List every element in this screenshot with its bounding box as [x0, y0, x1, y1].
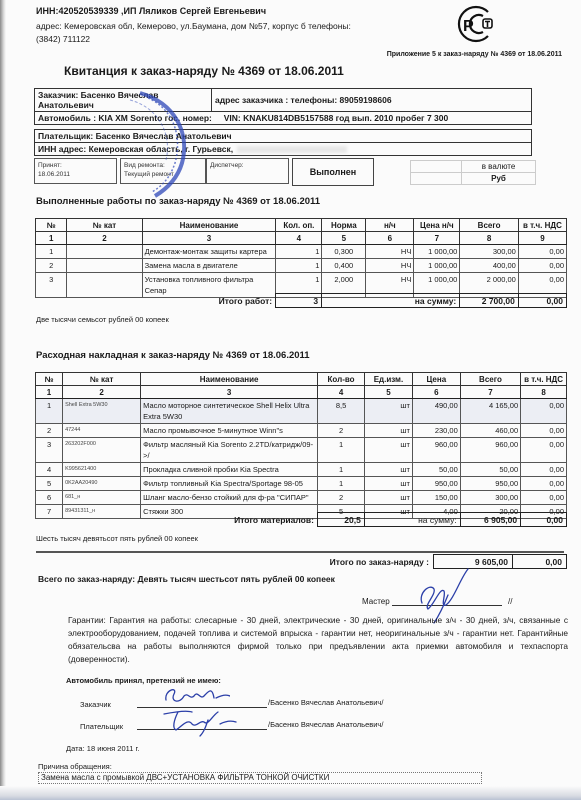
materials-col-header: № кат: [63, 373, 141, 386]
materials-cell-vat: 0,00: [521, 463, 567, 477]
materials-cell-total: 50,00: [460, 463, 520, 477]
company-phone: (3842) 711122: [36, 33, 396, 46]
materials-cell-unit: шт: [364, 438, 412, 463]
works-cell-norm: 0,400: [322, 259, 366, 273]
materials-table-row: 6681_нШланг масло-бензо стойкий для ф-ра…: [36, 491, 567, 505]
materials-col-header: №: [36, 373, 63, 386]
materials-cell-qty: 2: [318, 491, 365, 505]
materials-total-sum: 6 905,00: [460, 513, 520, 527]
works-col-header: Наименование: [142, 219, 276, 232]
works-cell-total: 400,00: [460, 259, 519, 273]
materials-cell-total: 300,00: [460, 491, 520, 505]
company-inn-name: ИНН:420520539339 ,ИП Ляликов Сергей Евге…: [36, 6, 266, 16]
works-total-label: Итого работ:: [35, 294, 276, 308]
works-sum-label: на сумму:: [322, 294, 460, 308]
customer-address: адрес заказчика : телефоны: 89059198606: [212, 89, 532, 112]
materials-heading: Расходная накладная к заказ-наряду № 436…: [36, 350, 310, 361]
works-col-header: Всего: [460, 219, 519, 232]
materials-cell-cat: 47244: [63, 424, 141, 438]
dispatcher-label: Диспетчер:: [210, 161, 285, 170]
works-cell-cat: [67, 245, 142, 259]
materials-col-header: Цена: [412, 373, 460, 386]
materials-cell-price: 150,00: [412, 491, 460, 505]
materials-cell-cat: 263202F000: [63, 438, 141, 463]
works-col-header: в т.ч. НДС: [518, 219, 566, 232]
materials-cell-qty: 1: [318, 477, 365, 491]
materials-cell-vat: 0,00: [521, 477, 567, 491]
works-col-number: 2: [67, 232, 142, 245]
scan-bottom-edge: [0, 786, 581, 800]
materials-table-row: 4K995621400Прокладка сливной пробки Kia …: [36, 463, 567, 477]
works-cell-vat: 0,00: [518, 259, 566, 273]
warranty-text: Гарантии: Гарантия на работы: слесарные …: [68, 614, 568, 666]
works-heading: Выполненные работы по заказ-наряду № 436…: [36, 196, 320, 207]
works-table-row: 2Замена масла в двигателе10,400НЧ1 000,0…: [36, 259, 567, 273]
works-cell-cat: [67, 259, 142, 273]
materials-cell-price: 960,00: [412, 438, 460, 463]
page-title: Квитанция к заказ-наряду № 4369 от 18.06…: [64, 64, 344, 78]
currency-label: в валюте: [462, 161, 536, 173]
works-total-row: Итого работ: 3 на сумму: 2 700,00 0,00: [35, 293, 567, 308]
materials-cell-vat: 0,00: [521, 438, 567, 463]
company-address-line: адрес: Кемеровская обл, Кемерово, ул.Бау…: [36, 20, 396, 33]
materials-cell-unit: шт: [364, 399, 412, 424]
materials-cell-no: 1: [36, 399, 63, 424]
materials-cell-vat: 0,00: [521, 424, 567, 438]
rst-certification-icon: Р: [455, 4, 495, 44]
payer-signature-icon: [160, 706, 240, 740]
works-cell-vat: 0,00: [518, 245, 566, 259]
redacted-address: [237, 146, 347, 153]
materials-cell-qty: 1: [318, 438, 365, 463]
materials-col-number: 2: [63, 386, 141, 399]
works-table: №№ катНаименованиеКол. оп.Норман/чЦена н…: [35, 218, 567, 298]
materials-cell-qty: 8,5: [318, 399, 365, 424]
works-cell-name: Замена масла в двигателе: [142, 259, 276, 273]
works-col-number: 5: [322, 232, 366, 245]
works-total-qty: 3: [276, 294, 322, 308]
materials-total-qty: 20,5: [317, 513, 364, 527]
works-sum-in-words: Две тысячи семьсот рублей 00 копеек: [36, 315, 169, 324]
materials-cell-no: 3: [36, 438, 63, 463]
materials-cell-price: 490,00: [412, 399, 460, 424]
works-col-number: 9: [518, 232, 566, 245]
works-cell-price: 1 000,00: [414, 245, 460, 259]
payer-box: Плательщик: Басенко Вячеслав Анатольевич…: [34, 129, 532, 156]
accepted-box: Принят: 18.06.2011: [34, 158, 117, 184]
status-badge: Выполнен: [292, 158, 374, 186]
blue-stamp-icon: [120, 88, 210, 198]
works-col-header: №: [36, 219, 67, 232]
materials-col-header: в т.ч. НДС: [521, 373, 567, 386]
works-col-number: 4: [276, 232, 322, 245]
materials-cell-total: 960,00: [460, 438, 520, 463]
works-col-header: Норма: [322, 219, 366, 232]
materials-cell-name: Фильтр топливный Kia Spectra/Sportage 98…: [141, 477, 318, 491]
materials-cell-no: 2: [36, 424, 63, 438]
materials-cell-total: 4 165,00: [460, 399, 520, 424]
works-col-header: Кол. оп.: [276, 219, 322, 232]
materials-cell-name: Шланг масло-бензо стойкий для ф-ра "СИПА…: [141, 491, 318, 505]
works-cell-no: 2: [36, 259, 67, 273]
works-col-number: 1: [36, 232, 67, 245]
master-label: Мастер: [362, 597, 390, 606]
works-col-number: 6: [366, 232, 414, 245]
materials-total-label: Итого материалов:: [35, 513, 317, 527]
works-cell-qty: 1: [276, 259, 322, 273]
materials-col-header: Всего: [460, 373, 520, 386]
grand-total-vat: 0,00: [513, 555, 567, 569]
accepted-label: Принят:: [38, 161, 113, 170]
materials-cell-name: Прокладка сливной пробки Kia Spectra: [141, 463, 318, 477]
materials-cell-name: Масло промывочное 5-минутное Winn"s: [141, 424, 318, 438]
materials-col-number: 8: [521, 386, 567, 399]
materials-table-row: 1Shell Extra 5W30Масло моторное синтетич…: [36, 399, 567, 424]
works-cell-unit: НЧ: [366, 259, 414, 273]
materials-cell-vat: 0,00: [521, 399, 567, 424]
reason-field: Замена масла с промывкой ДВС+УСТАНОВКА Ф…: [38, 772, 482, 784]
materials-cell-cat: Shell Extra 5W30: [63, 399, 141, 424]
works-total-sum: 2 700,00: [460, 294, 519, 308]
accepted-date: 18.06.2011: [38, 170, 113, 179]
materials-col-header: Кол-во: [318, 373, 365, 386]
materials-cell-unit: шт: [364, 463, 412, 477]
materials-cell-vat: 0,00: [521, 491, 567, 505]
scan-edge-shadow: [0, 0, 6, 800]
payer-sign-name: /Басенко Вячеслав Анатольевич/: [268, 720, 383, 729]
materials-cell-no: 5: [36, 477, 63, 491]
works-col-header: Цена н/ч: [414, 219, 460, 232]
works-cell-total: 300,00: [460, 245, 519, 259]
car-vin: VIN: KNAKU814DB5157588 год вып. 2010 про…: [224, 113, 449, 123]
customer-car: Автомобиль : KIA XM Sorento гос. номер: …: [35, 112, 532, 125]
payer-name: Плательщик: Басенко Вячеслав Анатольевич: [35, 130, 532, 143]
materials-col-number: 5: [364, 386, 412, 399]
materials-cell-unit: шт: [364, 491, 412, 505]
materials-col-number: 3: [141, 386, 318, 399]
acceptance-date: Дата: 18 июня 2011 г.: [66, 744, 139, 753]
materials-col-header: Ед.изм.: [364, 373, 412, 386]
customer-sign-name: /Басенко Вячеслав Анатольевич/: [268, 698, 383, 707]
works-cell-name: Демонтаж-монтаж защиты картера: [142, 245, 276, 259]
materials-cell-name: Фильтр масляный Kia Sorento 2.2TD/катрид…: [141, 438, 318, 463]
master-suffix: //: [508, 597, 512, 606]
grand-total-in-words: Всего по заказ-наряду: Девять тысяч шест…: [38, 574, 335, 584]
payer-sign-label: Плательщик: [80, 722, 123, 731]
materials-cell-unit: шт: [364, 424, 412, 438]
works-col-number: 3: [142, 232, 276, 245]
materials-sum-in-words: Шесть тысяч девятьсот пять рублей 00 коп…: [36, 534, 198, 543]
materials-cell-qty: 1: [318, 463, 365, 477]
appendix-note: Приложение 5 к заказ-наряду № 4369 от 18…: [300, 51, 562, 58]
materials-cell-price: 230,00: [412, 424, 460, 438]
materials-cell-unit: шт: [364, 477, 412, 491]
works-cell-unit: НЧ: [366, 245, 414, 259]
materials-cell-cat: K995621400: [63, 463, 141, 477]
materials-cell-no: 6: [36, 491, 63, 505]
materials-cell-no: 4: [36, 463, 63, 477]
works-cell-no: 1: [36, 245, 67, 259]
materials-table: №№ катНаименованиеКол-воЕд.изм.ЦенаВсего…: [35, 372, 567, 519]
materials-table-row: 50K2AA20490Фильтр топливный Kia Spectra/…: [36, 477, 567, 491]
payer-inn-address: ИНН адрес: Кемеровская область, г. Гурье…: [35, 143, 532, 156]
reason-label: Причина обращения:: [38, 762, 112, 771]
materials-total-vat: 0,00: [521, 513, 567, 527]
materials-table-row: 3263202F000Фильтр масляный Kia Sorento 2…: [36, 438, 567, 463]
customer-sign-label: Заказчик: [80, 700, 111, 709]
works-cell-qty: 1: [276, 245, 322, 259]
divider: [36, 551, 564, 553]
svg-text:Р: Р: [463, 18, 474, 35]
works-cell-norm: 0,300: [322, 245, 366, 259]
materials-col-number: 6: [412, 386, 460, 399]
dispatcher-box: Диспетчер:: [206, 158, 289, 184]
works-col-number: 8: [460, 232, 519, 245]
materials-total-row: Итого материалов: 20,5 на сумму: 6 905,0…: [35, 512, 567, 527]
company-address: адрес: Кемеровская обл, Кемерово, ул.Бау…: [36, 20, 396, 46]
currency-box: в валюте Руб: [410, 160, 536, 185]
works-total-vat: 0,00: [518, 294, 566, 308]
materials-sum-label: на сумму:: [364, 513, 460, 527]
materials-cell-name: Масло моторное синтетическое Shell Helix…: [141, 399, 318, 424]
works-cell-price: 1 000,00: [414, 259, 460, 273]
materials-col-header: Наименование: [141, 373, 318, 386]
works-col-header: н/ч: [366, 219, 414, 232]
works-table-row: 1Демонтаж-монтаж защиты картера10,300НЧ1…: [36, 245, 567, 259]
customer-box: Заказчик: Басенко Вячеслав Анатольевич а…: [34, 88, 532, 125]
materials-cell-price: 950,00: [412, 477, 460, 491]
works-col-number: 7: [414, 232, 460, 245]
materials-cell-cat: 0K2AA20490: [63, 477, 141, 491]
works-col-header: № кат: [67, 219, 142, 232]
materials-col-number: 4: [318, 386, 365, 399]
materials-cell-total: 460,00: [460, 424, 520, 438]
materials-cell-qty: 2: [318, 424, 365, 438]
materials-col-number: 7: [460, 386, 520, 399]
materials-cell-total: 950,00: [460, 477, 520, 491]
materials-table-row: 247244Масло промывочное 5-минутное Winn"…: [36, 424, 567, 438]
materials-cell-price: 50,00: [412, 463, 460, 477]
materials-cell-cat: 681_н: [63, 491, 141, 505]
currency-value: Руб: [462, 173, 536, 185]
materials-col-number: 1: [36, 386, 63, 399]
